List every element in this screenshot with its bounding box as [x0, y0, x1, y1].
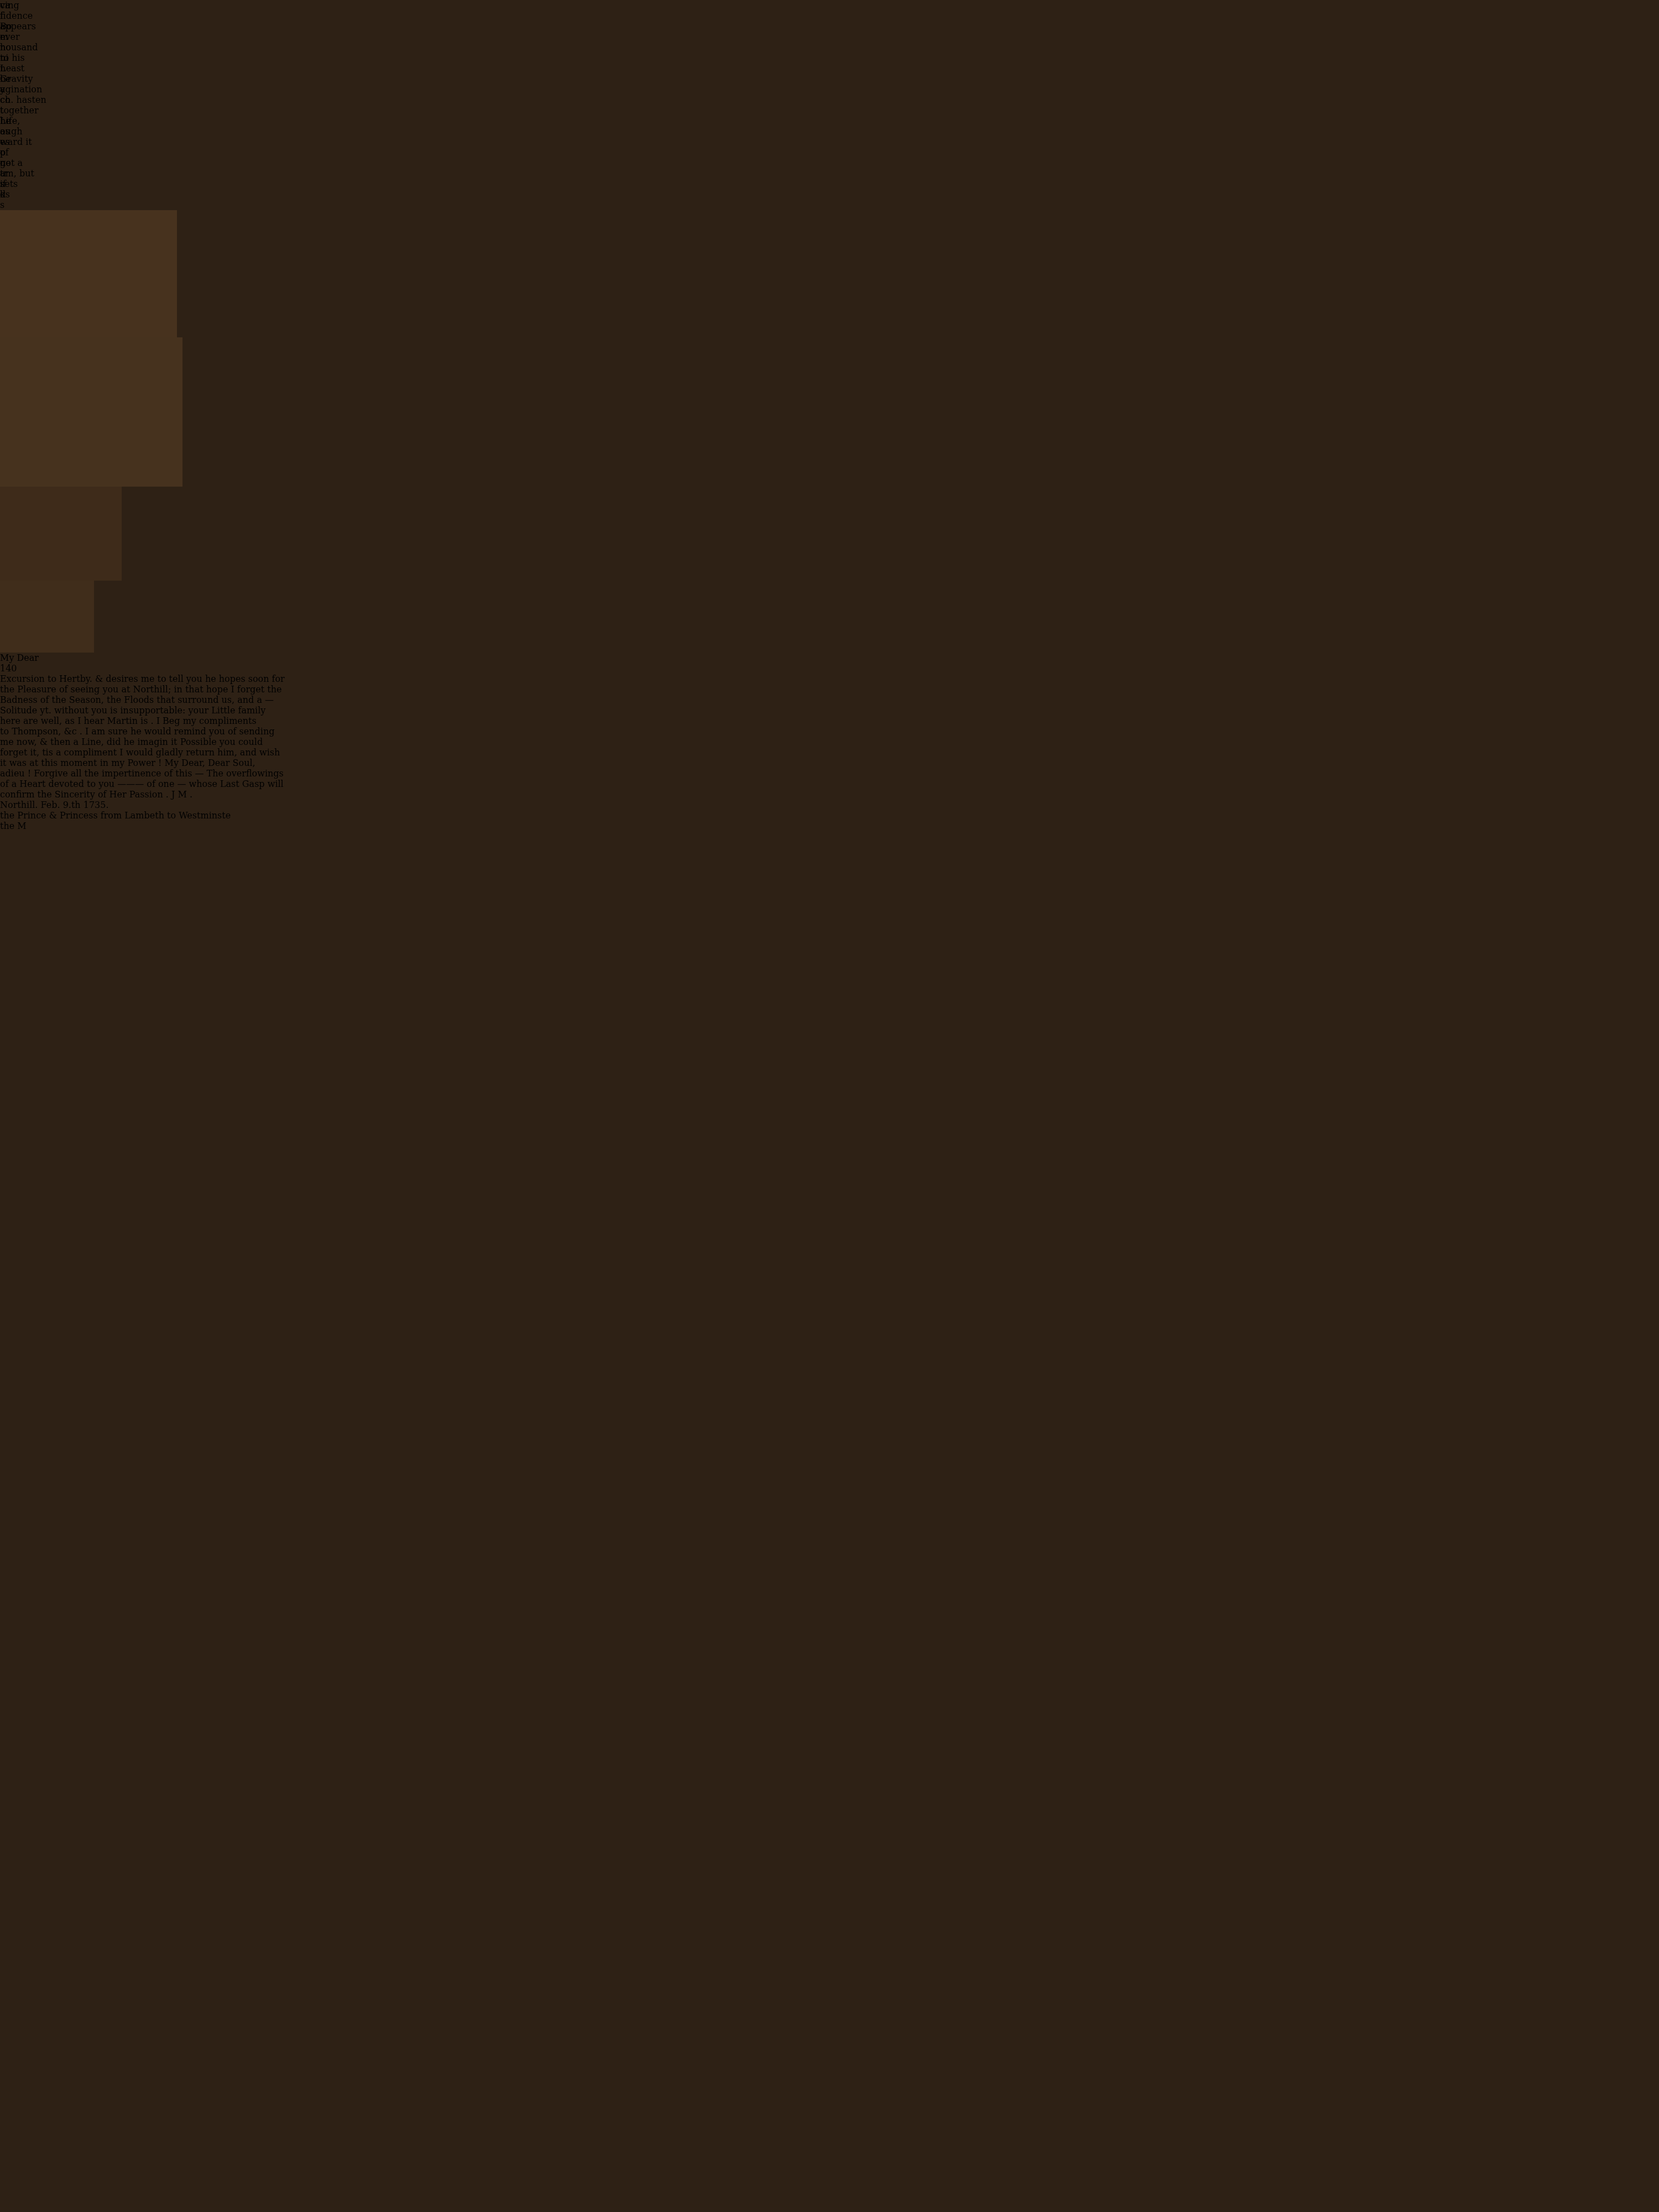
left-page-text-fragment: ks [0, 189, 102, 200]
dateline: Northill. Feb. 9.th 1735. [0, 800, 1659, 810]
underlined-text: whose Last Gasp will [189, 779, 284, 789]
left-page-text-fragment: appears [0, 21, 102, 32]
left-facing-page: ving fidence appears ever housand to his… [0, 0, 102, 2212]
bottom-page-strip: the M [0, 821, 1659, 831]
left-page-text-fragment: Gravity [0, 74, 102, 84]
right-edge-text-fragment: ni [0, 53, 1659, 63]
right-edge-text-fragment: n [0, 63, 1659, 74]
scratched-out-text: nence [134, 768, 161, 779]
right-edge-text-fragment: if [0, 179, 1659, 189]
left-page-text-fragment: ough [0, 126, 102, 137]
left-page-text-fragment: Least [0, 63, 102, 74]
right-edge-text-fragment: ca [0, 0, 1659, 11]
bottom-text-fragment: the M [0, 821, 1659, 831]
letter-line: forget it, tis a compliment I would glad… [0, 747, 1659, 758]
line-text: of this — The overflowings [161, 768, 284, 779]
letter-line: me now, & then a Line, did he imagin it … [0, 737, 1659, 747]
page-number: 140 [0, 663, 1659, 674]
right-edge-text-fragment: Bo [0, 21, 1659, 32]
right-edge-text-fragment: he [0, 116, 1659, 126]
letter-page [0, 210, 1659, 653]
line-text: . & desires me to tell you he hopes soon… [90, 674, 285, 684]
letter-line: Excursion to Hertby. & desires me to tel… [0, 674, 1659, 684]
left-page-text-fragment: ving [0, 0, 102, 11]
letter-line: Solitude yt. without you is insupportabl… [0, 705, 1659, 716]
right-edge-text-fragment: tr [0, 168, 1659, 179]
left-page-text-fragment: agination [0, 84, 102, 95]
left-page-text-fragment: to his [0, 53, 102, 63]
right-edge-text-fragment: as [0, 126, 1659, 137]
signature-initials: J M . [171, 789, 192, 800]
left-page-text-fragment: of [0, 147, 102, 158]
right-edge-text-fragment: d [0, 189, 1659, 200]
right-under-page: ca f Bo m no ni n be y co t he as es p n… [0, 0, 1659, 210]
right-edge-text-fragment: f [0, 11, 1659, 21]
left-page-text-fragment: fidence [0, 11, 102, 21]
letter-line: here are well, as I hear Martin is . I B… [0, 716, 1659, 726]
right-edge-text-fragment: es [0, 137, 1659, 147]
right-edge-text-fragment: ne [0, 158, 1659, 168]
under-page-line: the Prince & Princess from Lambeth to We… [0, 810, 1659, 821]
salutation: My Dear [0, 653, 1659, 663]
right-edge-text-fragment: be [0, 74, 1659, 84]
right-edge-text-fragment: t [0, 105, 1659, 116]
letter-line: confirm the Sincerity of Her Passion . J… [0, 789, 1659, 800]
crossed-out-word: ——— [117, 779, 144, 789]
right-edge-text-fragment: p [0, 147, 1659, 158]
blotted-word: would [144, 726, 171, 737]
letter-line: Badness of the Season, the Floods that s… [0, 695, 1659, 705]
left-page-text-fragment: Life, [0, 116, 102, 126]
right-edge-text-fragment: y [0, 84, 1659, 95]
letter-line: of a Heart devoted to you ——— of one — w… [0, 779, 1659, 789]
letter-line: the Pleasure of seeing you at Northill; … [0, 684, 1659, 695]
line-text: remind you of sending [171, 726, 275, 737]
left-page-text-fragment: ch. hasten [0, 95, 102, 105]
left-page-text-fragment: housand [0, 42, 102, 53]
left-page-text-fragment: got a [0, 158, 102, 168]
left-page-text-fragment: ever [0, 32, 102, 42]
letter-line: it was at this moment in my Power ! My D… [0, 758, 1659, 768]
right-edge-text-fragment: m [0, 32, 1659, 42]
under-page: the Prince & Princess from Lambeth to We… [0, 810, 1659, 821]
right-edge-text-fragment: co [0, 95, 1659, 105]
line-text: of one — [144, 779, 189, 789]
book-photo: ving fidence appears ever housand to his… [0, 0, 1659, 2212]
left-page-text-fragment: together [0, 105, 102, 116]
letter-line: to Thompson, &c . I am sure he would rem… [0, 726, 1659, 737]
right-edge-text-fragment: s [0, 200, 1659, 210]
left-page-text-fragment: ward it [0, 137, 102, 147]
letter-line: adieu ! Forgive all the impertinence of … [0, 768, 1659, 779]
right-edge-text-fragment: no [0, 42, 1659, 53]
left-page-text-fragment: sets [0, 179, 102, 189]
left-page-text-fragment: am, but [0, 168, 102, 179]
